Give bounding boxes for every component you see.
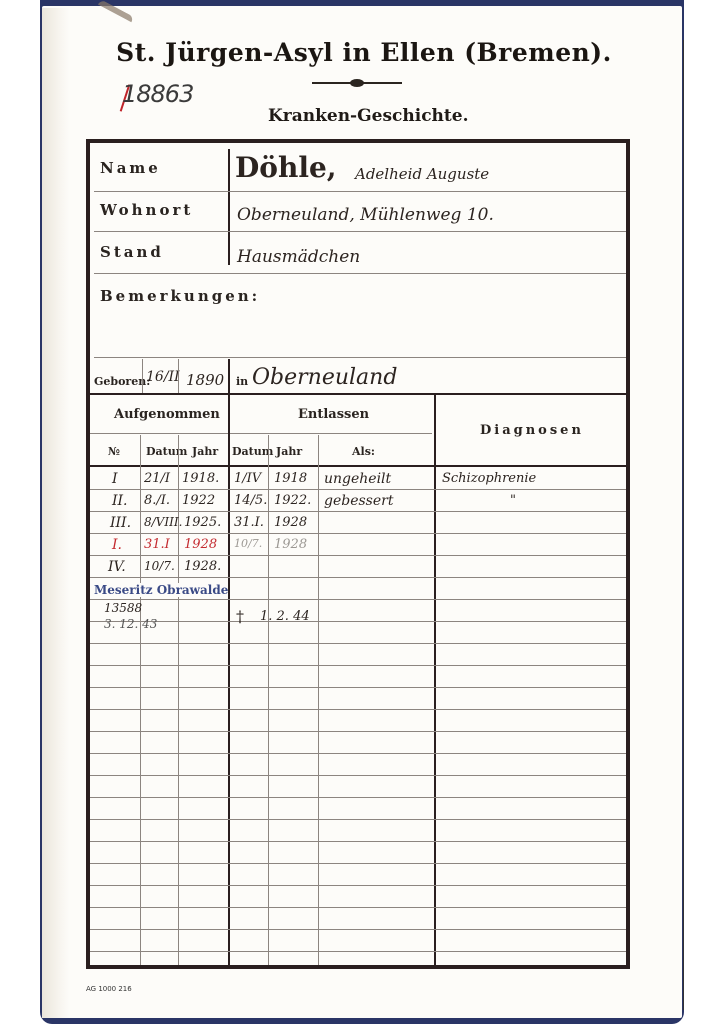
name-label: Name (100, 159, 161, 177)
col-no: № (108, 445, 120, 458)
row2-no: II. (112, 493, 128, 509)
row3-dis-year: 1928 (274, 515, 307, 530)
row3-no: III. (110, 515, 131, 531)
rule (90, 393, 626, 395)
born-in-label: in (236, 375, 248, 388)
col-adm-year: Jahr (192, 445, 218, 458)
row4-dis-year: 1928 (274, 537, 307, 552)
death-date: 1. 2. 44 (260, 609, 310, 624)
rule (90, 797, 626, 798)
rule (90, 599, 626, 600)
patient-occupation: Hausmädchen (237, 247, 360, 267)
patient-form-frame: Name Döhle, Adelheid Auguste Wohnort Obe… (86, 139, 630, 969)
diagnoses-header: Diagnosen (480, 423, 584, 438)
col-dis-year: Jahr (276, 445, 302, 458)
row1-diagnosis: Schizophrenie (442, 471, 536, 486)
rule (94, 191, 626, 192)
rule (228, 395, 230, 965)
col-adm-date: Datum (146, 445, 187, 458)
discharged-header: Entlassen (298, 407, 369, 422)
row2-dis-date: 14/5. (234, 493, 267, 508)
residence-label: Wohnort (100, 201, 193, 219)
row1-adm-year: 1918. (182, 471, 219, 486)
rule (90, 819, 626, 820)
status-label: Stand (100, 243, 164, 261)
rule (90, 643, 626, 644)
rule (90, 709, 626, 710)
row3-adm-date: 8/VIII. (144, 515, 182, 529)
rule (90, 885, 626, 886)
col-dis-as: Als: (352, 445, 375, 458)
row3-adm-year: 1925. (184, 515, 221, 530)
remarks-label: Bemerkungen: (100, 287, 260, 305)
transfer-stamp: Meseritz Obrawalde (94, 583, 228, 597)
row3-dis-date: 31.I. (234, 515, 264, 530)
birth-year: 1890 (186, 371, 224, 389)
rule (90, 841, 626, 842)
patient-given-names: Adelheid Auguste (355, 165, 489, 183)
row2-dis-year: 1922. (274, 493, 311, 508)
admitted-header: Aufgenommen (114, 407, 220, 422)
patient-surname: Döhle, (235, 151, 337, 184)
transfer-date: 3. 12. 43 (104, 617, 157, 631)
row1-no: I (112, 471, 118, 487)
institution-title: St. Jürgen-Asyl in Ellen (Bremen). (84, 38, 644, 67)
rule (90, 731, 626, 732)
row1-dis-year: 1918 (274, 471, 307, 486)
rule (90, 621, 626, 622)
birth-date: 16/II (146, 369, 180, 385)
rule (142, 359, 143, 393)
row4-no: I. (112, 537, 122, 553)
paper-edge-shadow (42, 8, 70, 1018)
rule (94, 357, 626, 358)
rule (90, 665, 626, 666)
row5-no: IV. (108, 559, 126, 575)
rule (90, 533, 626, 534)
form-subtitle: Kranken-Geschichte. (268, 106, 469, 126)
rule (90, 433, 432, 434)
rule (90, 907, 626, 908)
row1-dis-date: 1/IV (234, 471, 261, 486)
rule (90, 775, 626, 776)
rule (178, 359, 179, 393)
rule (90, 577, 626, 578)
death-cross-icon: † (236, 607, 244, 626)
row5-adm-year: 1928. (184, 559, 221, 574)
rule (228, 359, 230, 393)
label-divider (228, 149, 230, 265)
birth-place: Oberneuland (252, 365, 397, 390)
row2-adm-year: 1922 (182, 493, 215, 508)
rule (94, 231, 626, 232)
row2-adm-date: 8./I. (144, 493, 170, 508)
rule (90, 929, 626, 930)
row4-adm-year: 1928 (184, 537, 217, 552)
row5-adm-date: 10/7. (144, 559, 175, 573)
rule (90, 489, 626, 490)
rule (434, 395, 436, 965)
row4-adm-date: 31.I (144, 537, 170, 552)
row2-dis-as: gebessert (324, 493, 393, 509)
row1-adm-date: 21/I (144, 471, 170, 486)
paper-right-edge (683, 40, 684, 1010)
rule (90, 687, 626, 688)
row4-dis-date: 10/7. (234, 537, 262, 550)
rule (90, 511, 626, 512)
rule (90, 555, 626, 556)
rule (90, 753, 626, 754)
rule (90, 863, 626, 864)
row2-diagnosis: " (510, 493, 516, 508)
rule (94, 273, 626, 274)
row1-dis-as: ungeheilt (324, 471, 391, 487)
rule (90, 951, 626, 952)
form-print-code: AG 1000 216 (86, 985, 132, 993)
patient-residence: Oberneuland, Mühlenweg 10. (237, 205, 494, 225)
rule (90, 465, 626, 467)
title-ornament-rule (312, 82, 402, 84)
archive-number: 18863 (122, 80, 193, 108)
transfer-number: 13588 (104, 601, 142, 615)
